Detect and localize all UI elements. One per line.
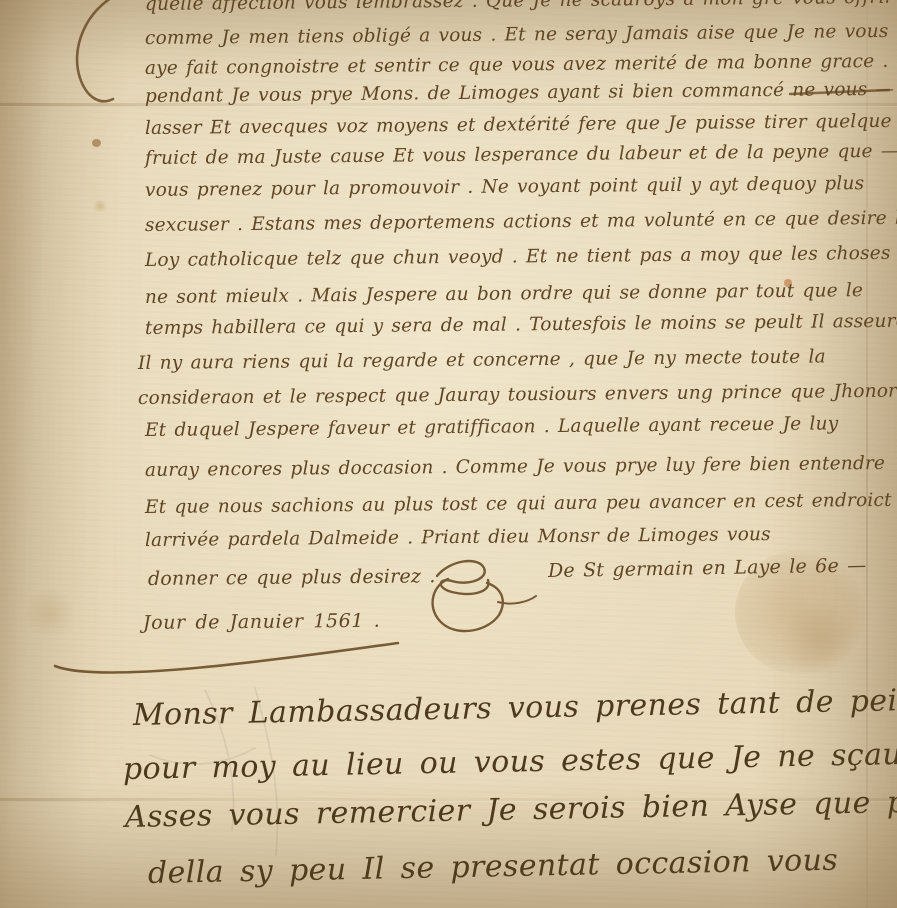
closing-phrase: donner ce que plus desirez . xyxy=(148,565,436,590)
manuscript-photo: quelle affection vous lembrassez . Que J… xyxy=(0,0,897,908)
date-line: Jour de Januier 1561 . xyxy=(143,610,381,634)
